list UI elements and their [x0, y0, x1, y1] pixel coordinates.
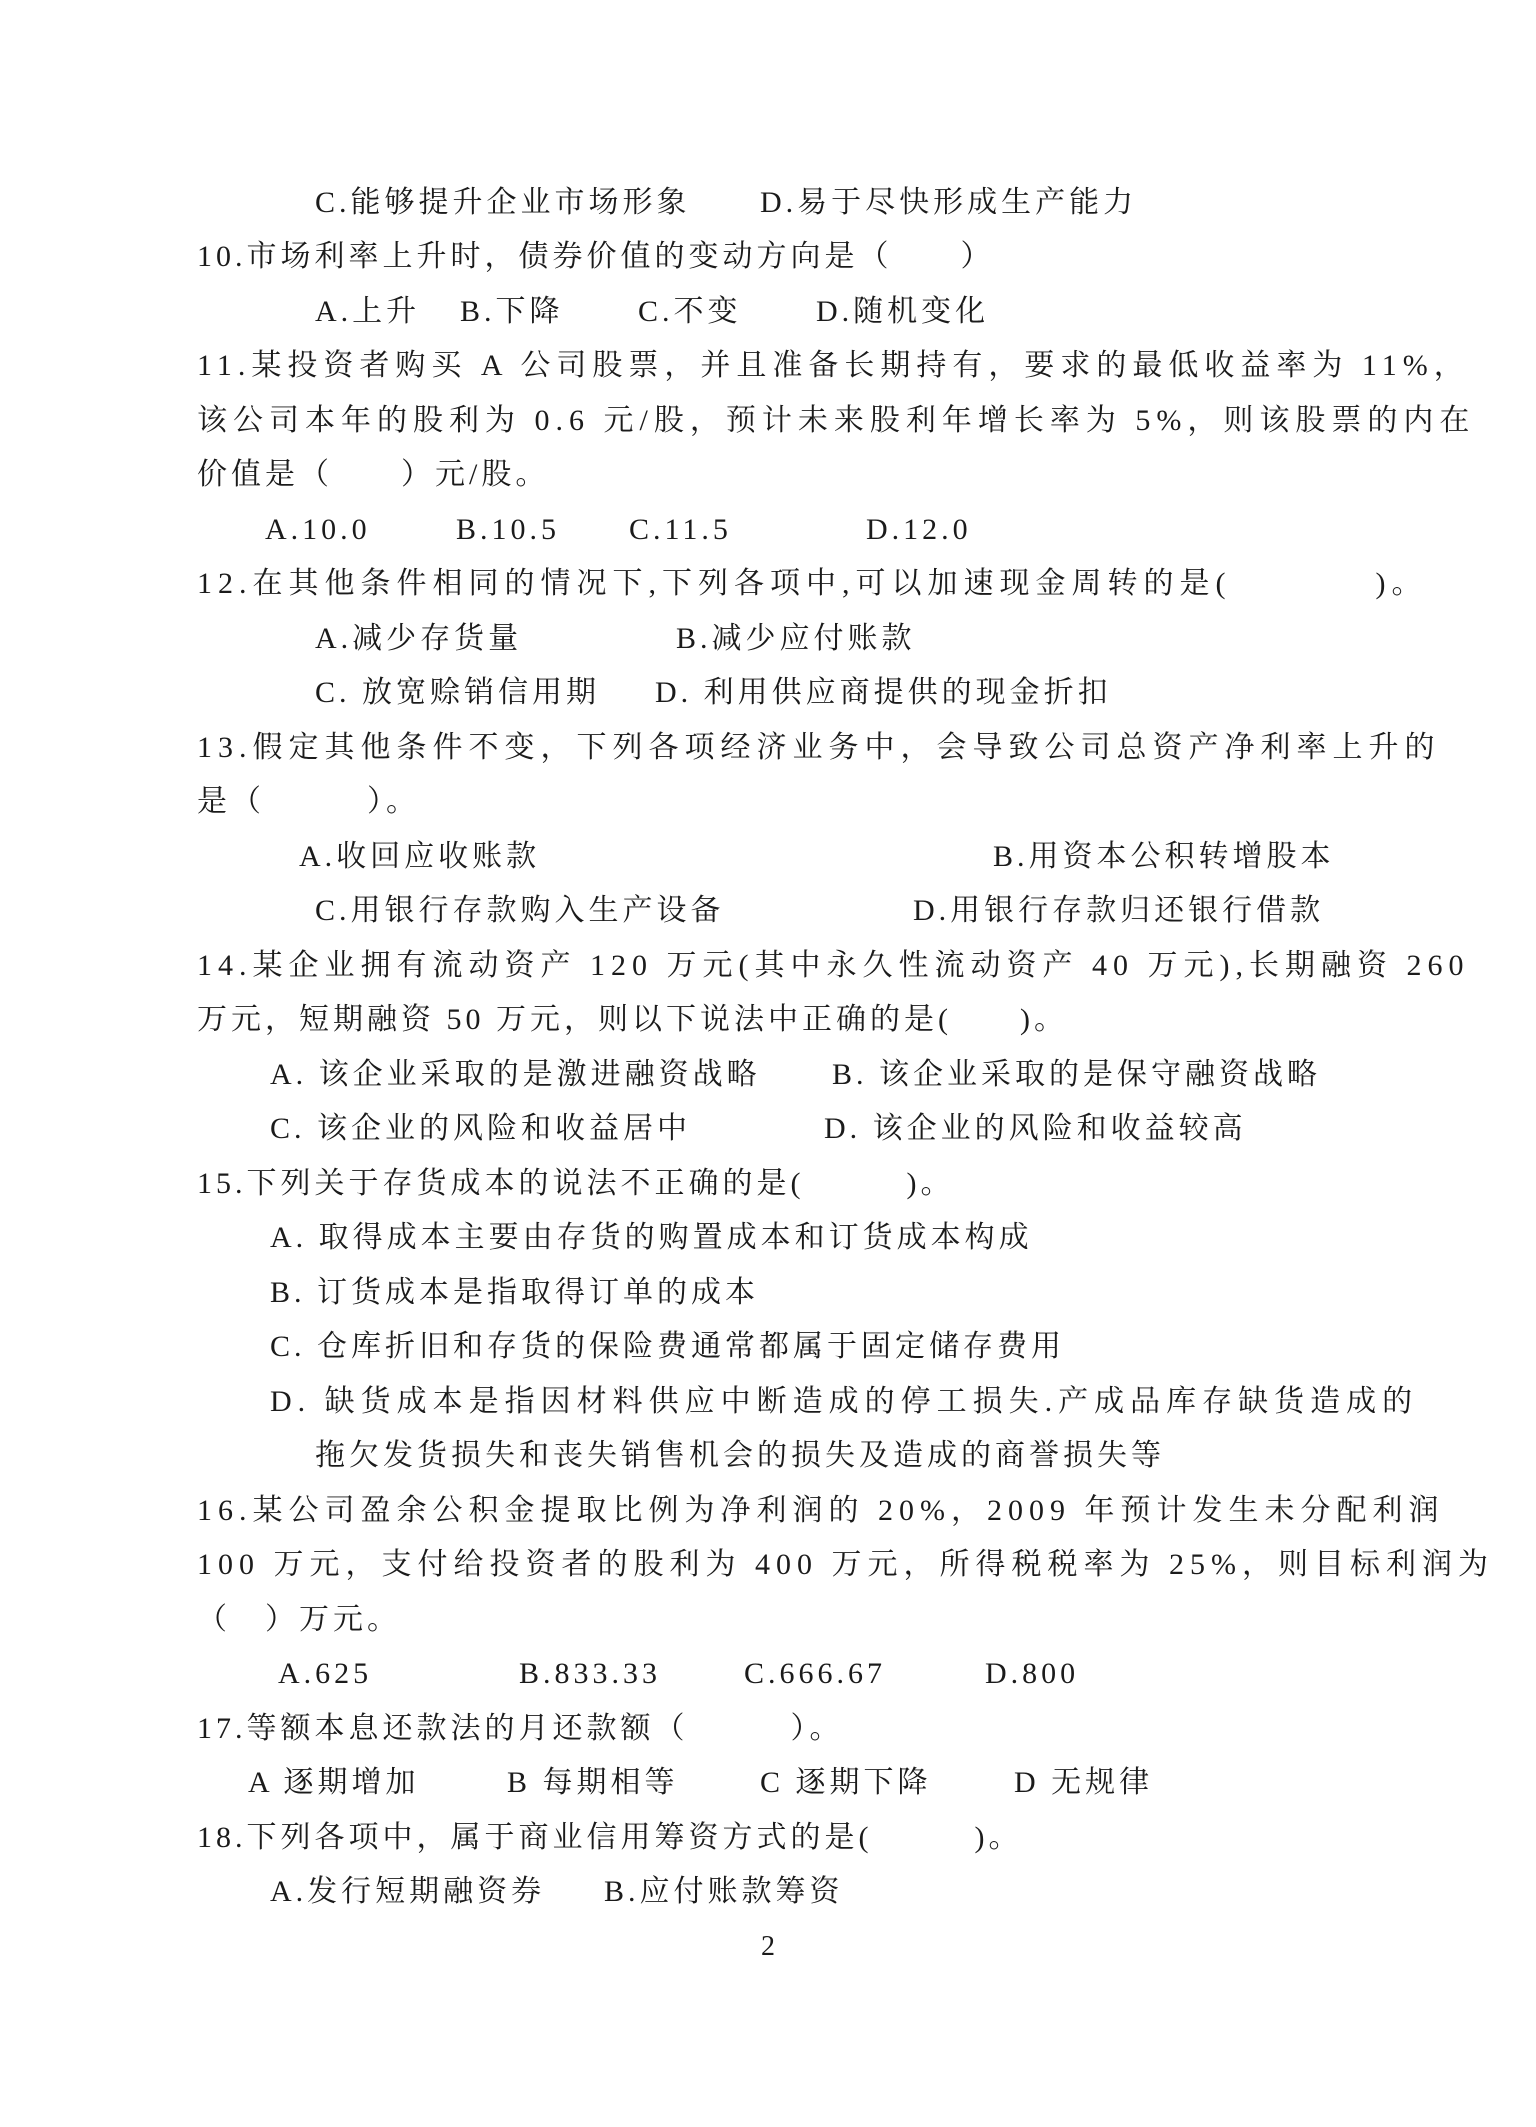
- q15-option-a: A. 取得成本主要由存货的购置成本和订货成本构成: [270, 1211, 1033, 1265]
- question-15-stem: 15.下列关于存货成本的说法不正确的是( )。: [0, 1157, 1536, 1211]
- q13-option-d: D.用银行存款归还银行借款: [913, 884, 1324, 938]
- question-11-stem-line-2: 该公司本年的股利为 0.6 元/股，预计未来股利年增长率为 5%，则该股票的内在: [0, 394, 1536, 448]
- q16-options-row: A.625 B.833.33 C.666.67 D.800: [0, 1647, 1536, 1701]
- q18-option-b: B.应付账款筹资: [604, 1865, 844, 1919]
- q14-option-b: B. 该企业采取的是保守融资战略: [832, 1048, 1321, 1102]
- q15-option-c: C. 仓库折旧和存货的保险费通常都属于固定储存费用: [270, 1320, 1065, 1374]
- q11-option-a: A.10.0: [265, 503, 371, 557]
- q12-options-ab-row: A.减少存货量 B.减少应付账款: [0, 612, 1536, 666]
- q18-option-a: A.发行短期融资券: [270, 1865, 545, 1919]
- q12-option-a: A.减少存货量: [315, 612, 522, 666]
- question-11-stem-line-3: 价值是（ ）元/股。: [0, 448, 1536, 502]
- q11-options-row: A.10.0 B.10.5 C.11.5 D.12.0: [0, 503, 1536, 557]
- question-13-stem-line-1: 13.假定其他条件不变，下列各项经济业务中，会导致公司总资产净利率上升的: [0, 721, 1536, 775]
- exam-document-page: C.能够提升企业市场形象 D.易于尽快形成生产能力 10.市场利率上升时，债券价…: [0, 0, 1536, 2127]
- question-13-stem-line-2: 是（ ）。: [0, 775, 1536, 829]
- question-18-stem: 18.下列各项中，属于商业信用筹资方式的是( )。: [0, 1811, 1536, 1865]
- q17-option-c: C 逐期下降: [760, 1756, 932, 1810]
- q13-option-b: B.用资本公积转增股本: [993, 830, 1335, 884]
- q12-options-cd-row: C. 放宽赊销信用期 D. 利用供应商提供的现金折扣: [0, 666, 1536, 720]
- question-16-text-2: 100 万元，支付给投资者的股利为 400 万元，所得税税率为 25%，则目标利…: [197, 1538, 1494, 1592]
- q17-option-a: A 逐期增加: [248, 1756, 420, 1810]
- q10-option-c: C.不变: [638, 285, 742, 339]
- q15-option-b-row: B. 订货成本是指取得订单的成本: [0, 1266, 1536, 1320]
- question-11-stem-line-1: 11.某投资者购买 A 公司股票，并且准备长期持有，要求的最低收益率为 11%，: [0, 339, 1536, 393]
- question-12-text: 12.在其他条件相同的情况下,下列各项中,可以加速现金周转的是( )。: [197, 557, 1427, 611]
- question-14-text-2: 万元，短期融资 50 万元，则以下说法中正确的是( )。: [197, 993, 1068, 1047]
- q15-option-d-row-1: D. 缺货成本是指因材料供应中断造成的停工损失.产成品库存缺货造成的: [0, 1375, 1536, 1429]
- q10-option-d: D.随机变化: [816, 285, 989, 339]
- q12-option-c: C. 放宽赊销信用期: [315, 666, 600, 720]
- question-10-text: 10.市场利率上升时，债券价值的变动方向是（ ）: [197, 230, 995, 284]
- q15-option-b: B. 订货成本是指取得订单的成本: [270, 1266, 759, 1320]
- q10-options-row: A.上升 B.下降 C.不变 D.随机变化: [0, 285, 1536, 339]
- q14-option-a: A. 该企业采取的是激进融资战略: [270, 1048, 761, 1102]
- q15-option-c-row: C. 仓库折旧和存货的保险费通常都属于固定储存费用: [0, 1320, 1536, 1374]
- question-11-text-1: 11.某投资者购买 A 公司股票，并且准备长期持有，要求的最低收益率为 11%，: [197, 339, 1470, 393]
- q13-options-ab-row: A.收回应收账款 B.用资本公积转增股本: [0, 830, 1536, 884]
- q10-option-b: B.下降: [460, 285, 564, 339]
- q14-option-d: D. 该企业的风险和收益较高: [824, 1102, 1247, 1156]
- q15-option-d-line-1: D. 缺货成本是指因材料供应中断造成的停工损失.产成品库存缺货造成的: [270, 1375, 1418, 1429]
- q13-option-a: A.收回应收账款: [299, 830, 540, 884]
- question-10-stem: 10.市场利率上升时，债券价值的变动方向是（ ）: [0, 230, 1536, 284]
- q11-option-b: B.10.5: [456, 503, 560, 557]
- question-14-stem-line-2: 万元，短期融资 50 万元，则以下说法中正确的是( )。: [0, 993, 1536, 1047]
- q17-option-d: D 无规律: [1014, 1756, 1153, 1810]
- q9-option-c: C.能够提升企业市场形象: [315, 176, 691, 230]
- q16-option-b: B.833.33: [519, 1647, 661, 1701]
- question-17-stem: 17.等额本息还款法的月还款额（ ）。: [0, 1702, 1536, 1756]
- q12-option-b: B.减少应付账款: [676, 612, 916, 666]
- q15-option-a-row: A. 取得成本主要由存货的购置成本和订货成本构成: [0, 1211, 1536, 1265]
- q16-option-d: D.800: [985, 1647, 1079, 1701]
- q11-option-d: D.12.0: [866, 503, 972, 557]
- question-11-text-2: 该公司本年的股利为 0.6 元/股，预计未来股利年增长率为 5%，则该股票的内在: [197, 394, 1475, 448]
- q14-options-ab-row: A. 该企业采取的是激进融资战略 B. 该企业采取的是保守融资战略: [0, 1048, 1536, 1102]
- question-16-stem-line-3: （ ）万元。: [0, 1593, 1536, 1647]
- q13-options-cd-row: C.用银行存款购入生产设备 D.用银行存款归还银行借款: [0, 884, 1536, 938]
- q18-options-row: A.发行短期融资券 B.应付账款筹资: [0, 1865, 1536, 1919]
- q15-option-d-line-2: 拖欠发货损失和丧失销售机会的损失及造成的商誉损失等: [315, 1429, 1165, 1483]
- q14-option-c: C. 该企业的风险和收益居中: [270, 1102, 691, 1156]
- q14-options-cd-row: C. 该企业的风险和收益居中 D. 该企业的风险和收益较高: [0, 1102, 1536, 1156]
- question-16-stem-line-2: 100 万元，支付给投资者的股利为 400 万元，所得税税率为 25%，则目标利…: [0, 1538, 1536, 1592]
- question-13-text-2: 是（ ）。: [197, 775, 420, 829]
- q16-option-c: C.666.67: [744, 1647, 886, 1701]
- question-16-stem-line-1: 16.某公司盈余公积金提取比例为净利润的 20%，2009 年预计发生未分配利润: [0, 1484, 1536, 1538]
- q13-option-c: C.用银行存款购入生产设备: [315, 884, 725, 938]
- page-number: 2: [0, 1920, 1536, 1974]
- q17-option-b: B 每期相等: [507, 1756, 679, 1810]
- q9-options-cd-row: C.能够提升企业市场形象 D.易于尽快形成生产能力: [0, 176, 1536, 230]
- q12-option-d: D. 利用供应商提供的现金折扣: [655, 666, 1112, 720]
- q17-options-row: A 逐期增加 B 每期相等 C 逐期下降 D 无规律: [0, 1756, 1536, 1810]
- question-17-text: 17.等额本息还款法的月还款额（ ）。: [197, 1702, 844, 1756]
- question-12-stem: 12.在其他条件相同的情况下,下列各项中,可以加速现金周转的是( )。: [0, 557, 1536, 611]
- q15-option-d-row-2: 拖欠发货损失和丧失销售机会的损失及造成的商誉损失等: [0, 1429, 1536, 1483]
- q11-option-c: C.11.5: [629, 503, 732, 557]
- question-13-text-1: 13.假定其他条件不变，下列各项经济业务中，会导致公司总资产净利率上升的: [197, 721, 1441, 775]
- question-16-text-1: 16.某公司盈余公积金提取比例为净利润的 20%，2009 年预计发生未分配利润: [197, 1484, 1445, 1538]
- question-18-text: 18.下列各项中，属于商业信用筹资方式的是( )。: [197, 1811, 1022, 1865]
- question-14-text-1: 14.某企业拥有流动资产 120 万元(其中永久性流动资产 40 万元),长期融…: [197, 939, 1469, 993]
- question-15-text: 15.下列关于存货成本的说法不正确的是( )。: [197, 1157, 954, 1211]
- question-11-text-3: 价值是（ ）元/股。: [197, 448, 549, 502]
- question-16-text-3: （ ）万元。: [197, 1593, 401, 1647]
- question-14-stem-line-1: 14.某企业拥有流动资产 120 万元(其中永久性流动资产 40 万元),长期融…: [0, 939, 1536, 993]
- q9-option-d: D.易于尽快形成生产能力: [760, 176, 1137, 230]
- q10-option-a: A.上升: [315, 285, 420, 339]
- q16-option-a: A.625: [278, 1647, 372, 1701]
